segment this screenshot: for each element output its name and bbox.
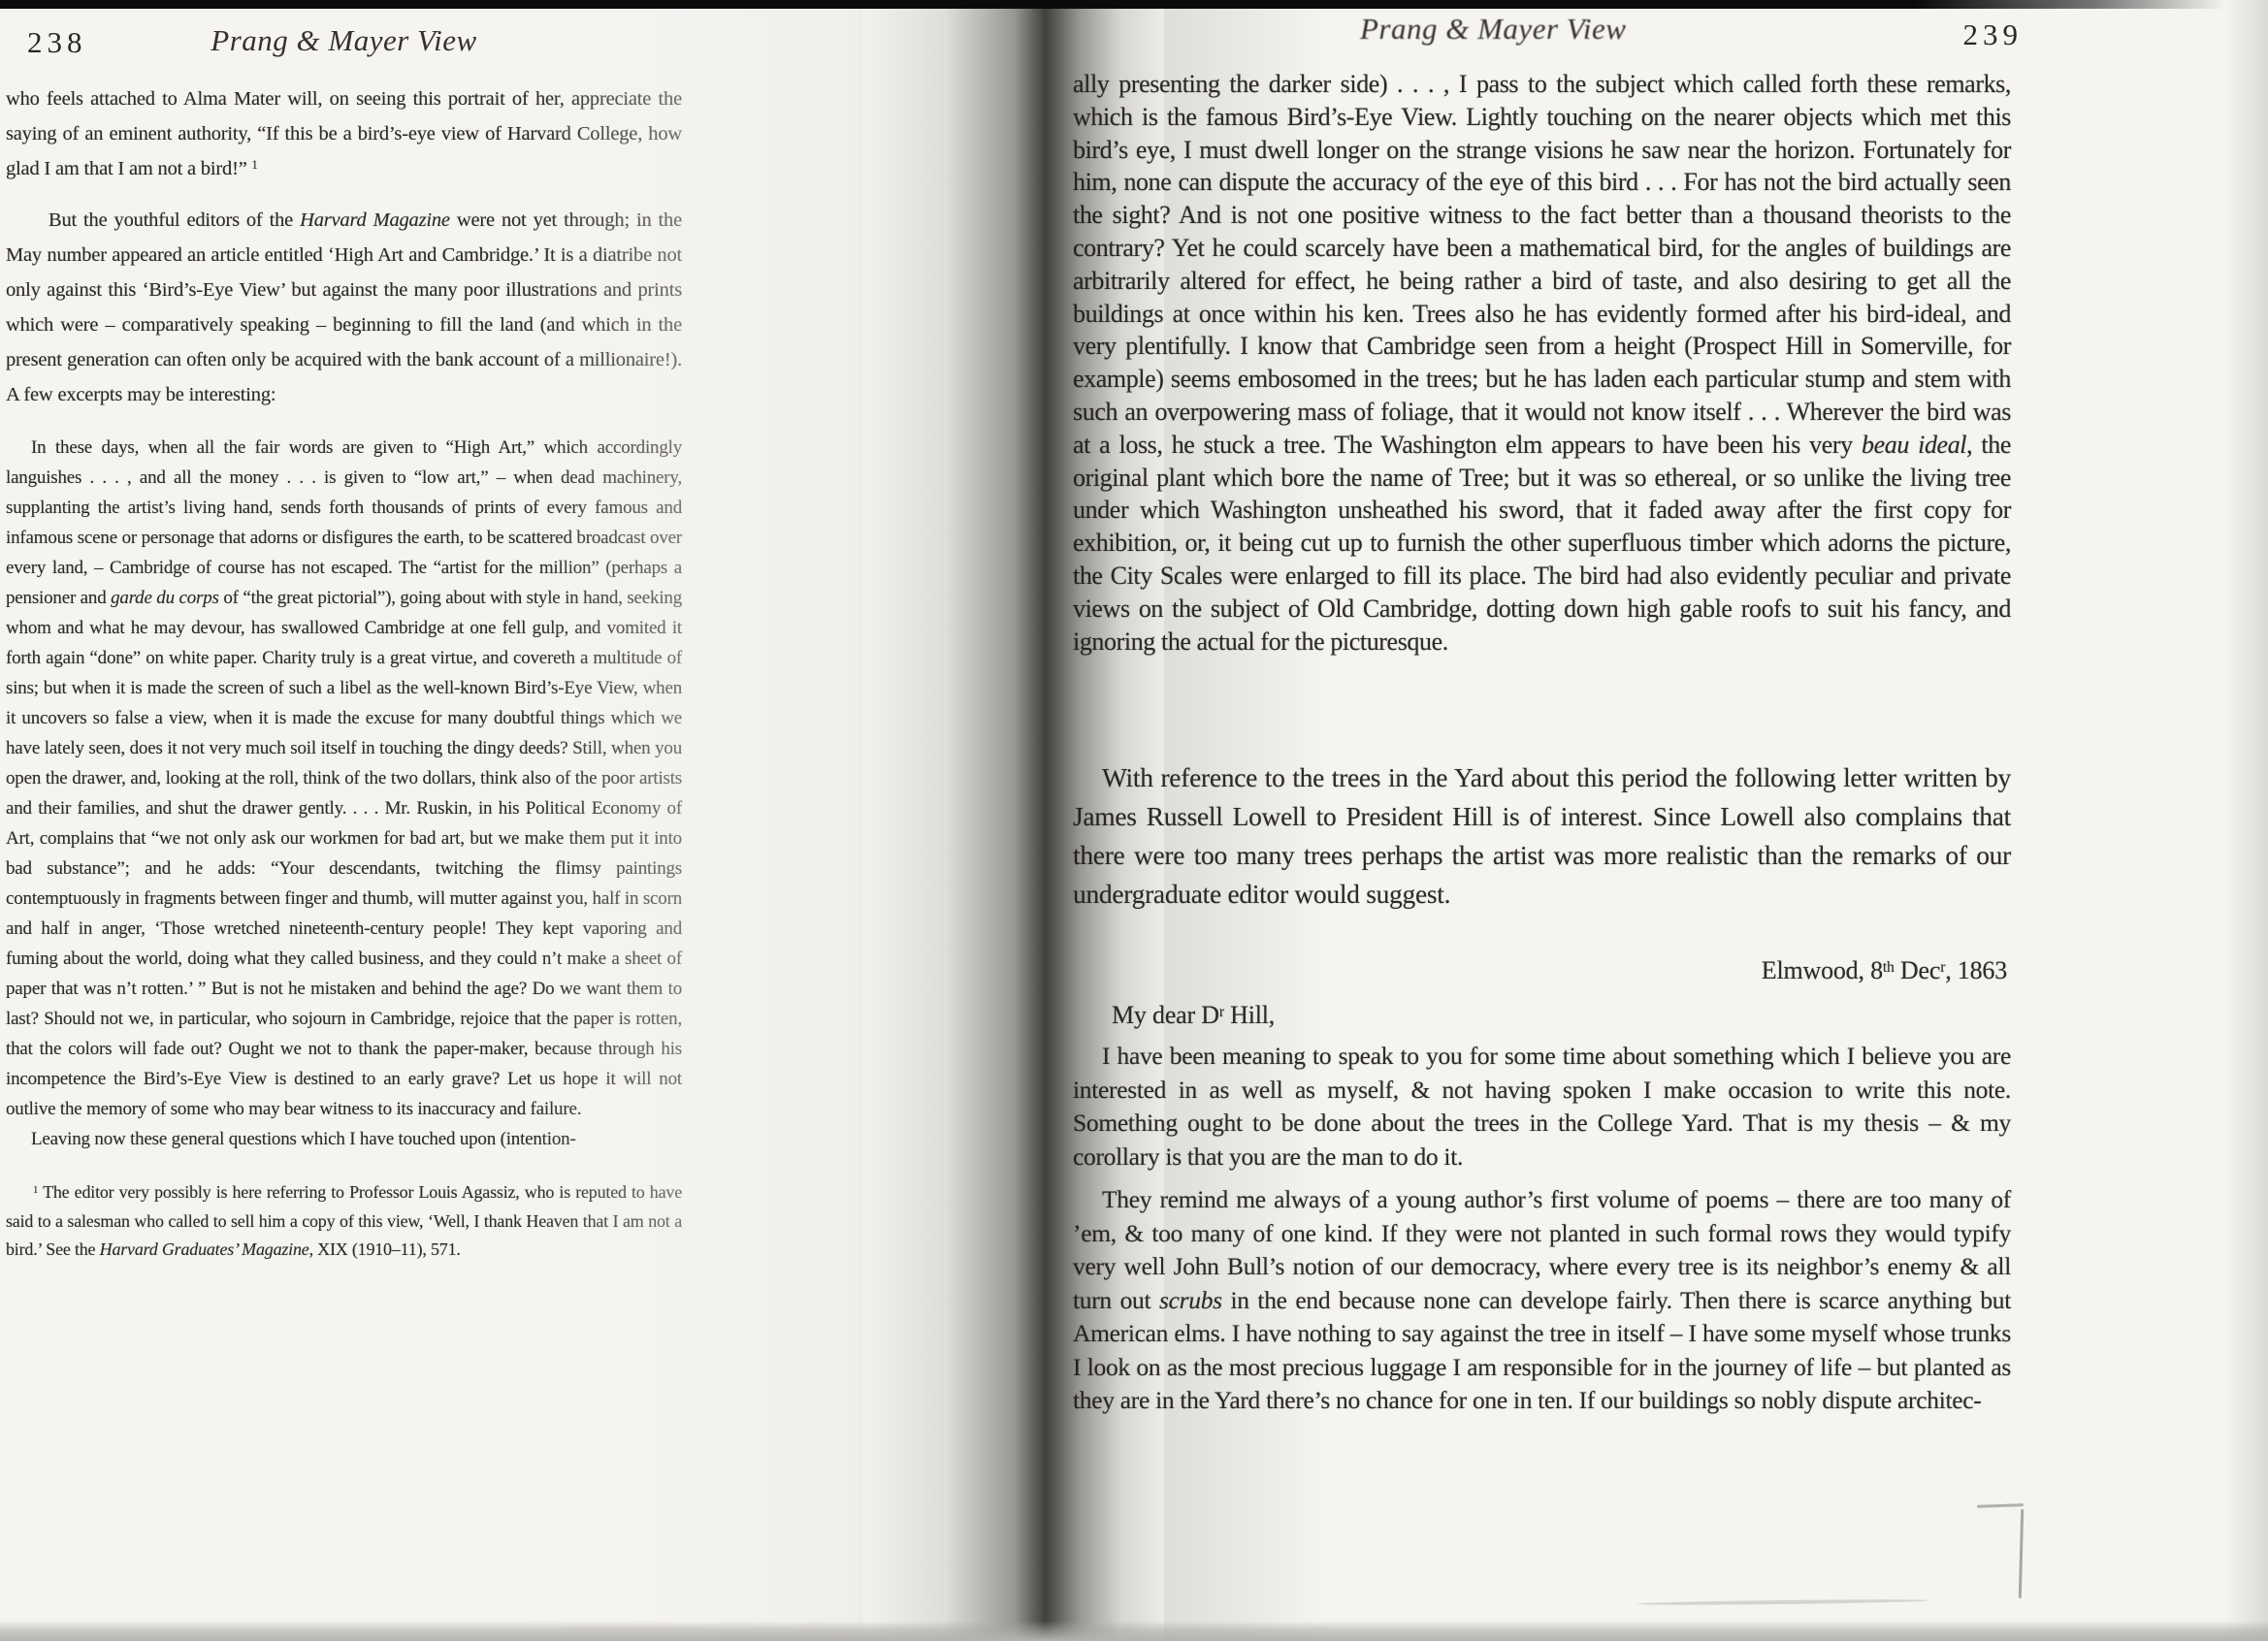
left-paragraph-continuation: who feels attached to Alma Mater will, o…	[6, 81, 682, 186]
left-running-header: Prang & Mayer View	[211, 23, 476, 58]
right-running-header: Prang & Mayer View	[1360, 12, 1626, 47]
right-page-header: Prang & Mayer View 239	[1073, 12, 2011, 56]
left-footnote: 1 The editor very possibly is here refer…	[6, 1178, 682, 1265]
pencil-bracket-hook-mark	[1977, 1503, 2024, 1508]
letter-dateline: Elmwood, 8th Decr, 1863	[1073, 956, 2007, 985]
letter-paragraph-1: I have been meaning to speak to you for …	[1073, 1040, 2011, 1174]
left-page-header: 238 Prang & Mayer View	[6, 21, 682, 66]
right-page-number: 239	[1963, 17, 2024, 52]
page-left-238: 238 Prang & Mayer View who feels attache…	[6, 21, 682, 1265]
letter-salutation: My dear Dr Hill,	[1073, 1001, 2011, 1030]
right-intro-paragraph: With reference to the trees in the Yard …	[1073, 758, 2011, 914]
left-paragraph-editors: But the youthful editors of the Harvard …	[6, 203, 682, 412]
left-page-number: 238	[27, 25, 87, 60]
right-excerpt-continuation: ally presenting the darker side) . . . ,…	[1073, 68, 2011, 658]
page-right-239: Prang & Mayer View 239 ally presenting t…	[1073, 12, 2011, 1418]
book-scan-spread: 238 Prang & Mayer View who feels attache…	[0, 0, 2268, 1641]
left-excerpt-block: In these days, when all the fair words a…	[6, 433, 682, 1124]
left-excerpt-closing: Leaving now these general questions whic…	[6, 1124, 682, 1154]
letter-paragraph-2: They remind me always of a young author’…	[1073, 1183, 2011, 1418]
pencil-bracket-mark	[2019, 1509, 2024, 1598]
scanner-edge-right	[2223, 0, 2268, 1641]
scanner-edge-bottom	[0, 1621, 2268, 1641]
scanner-edge-top	[0, 0, 2226, 9]
pencil-underline-mark	[1637, 1598, 1928, 1606]
